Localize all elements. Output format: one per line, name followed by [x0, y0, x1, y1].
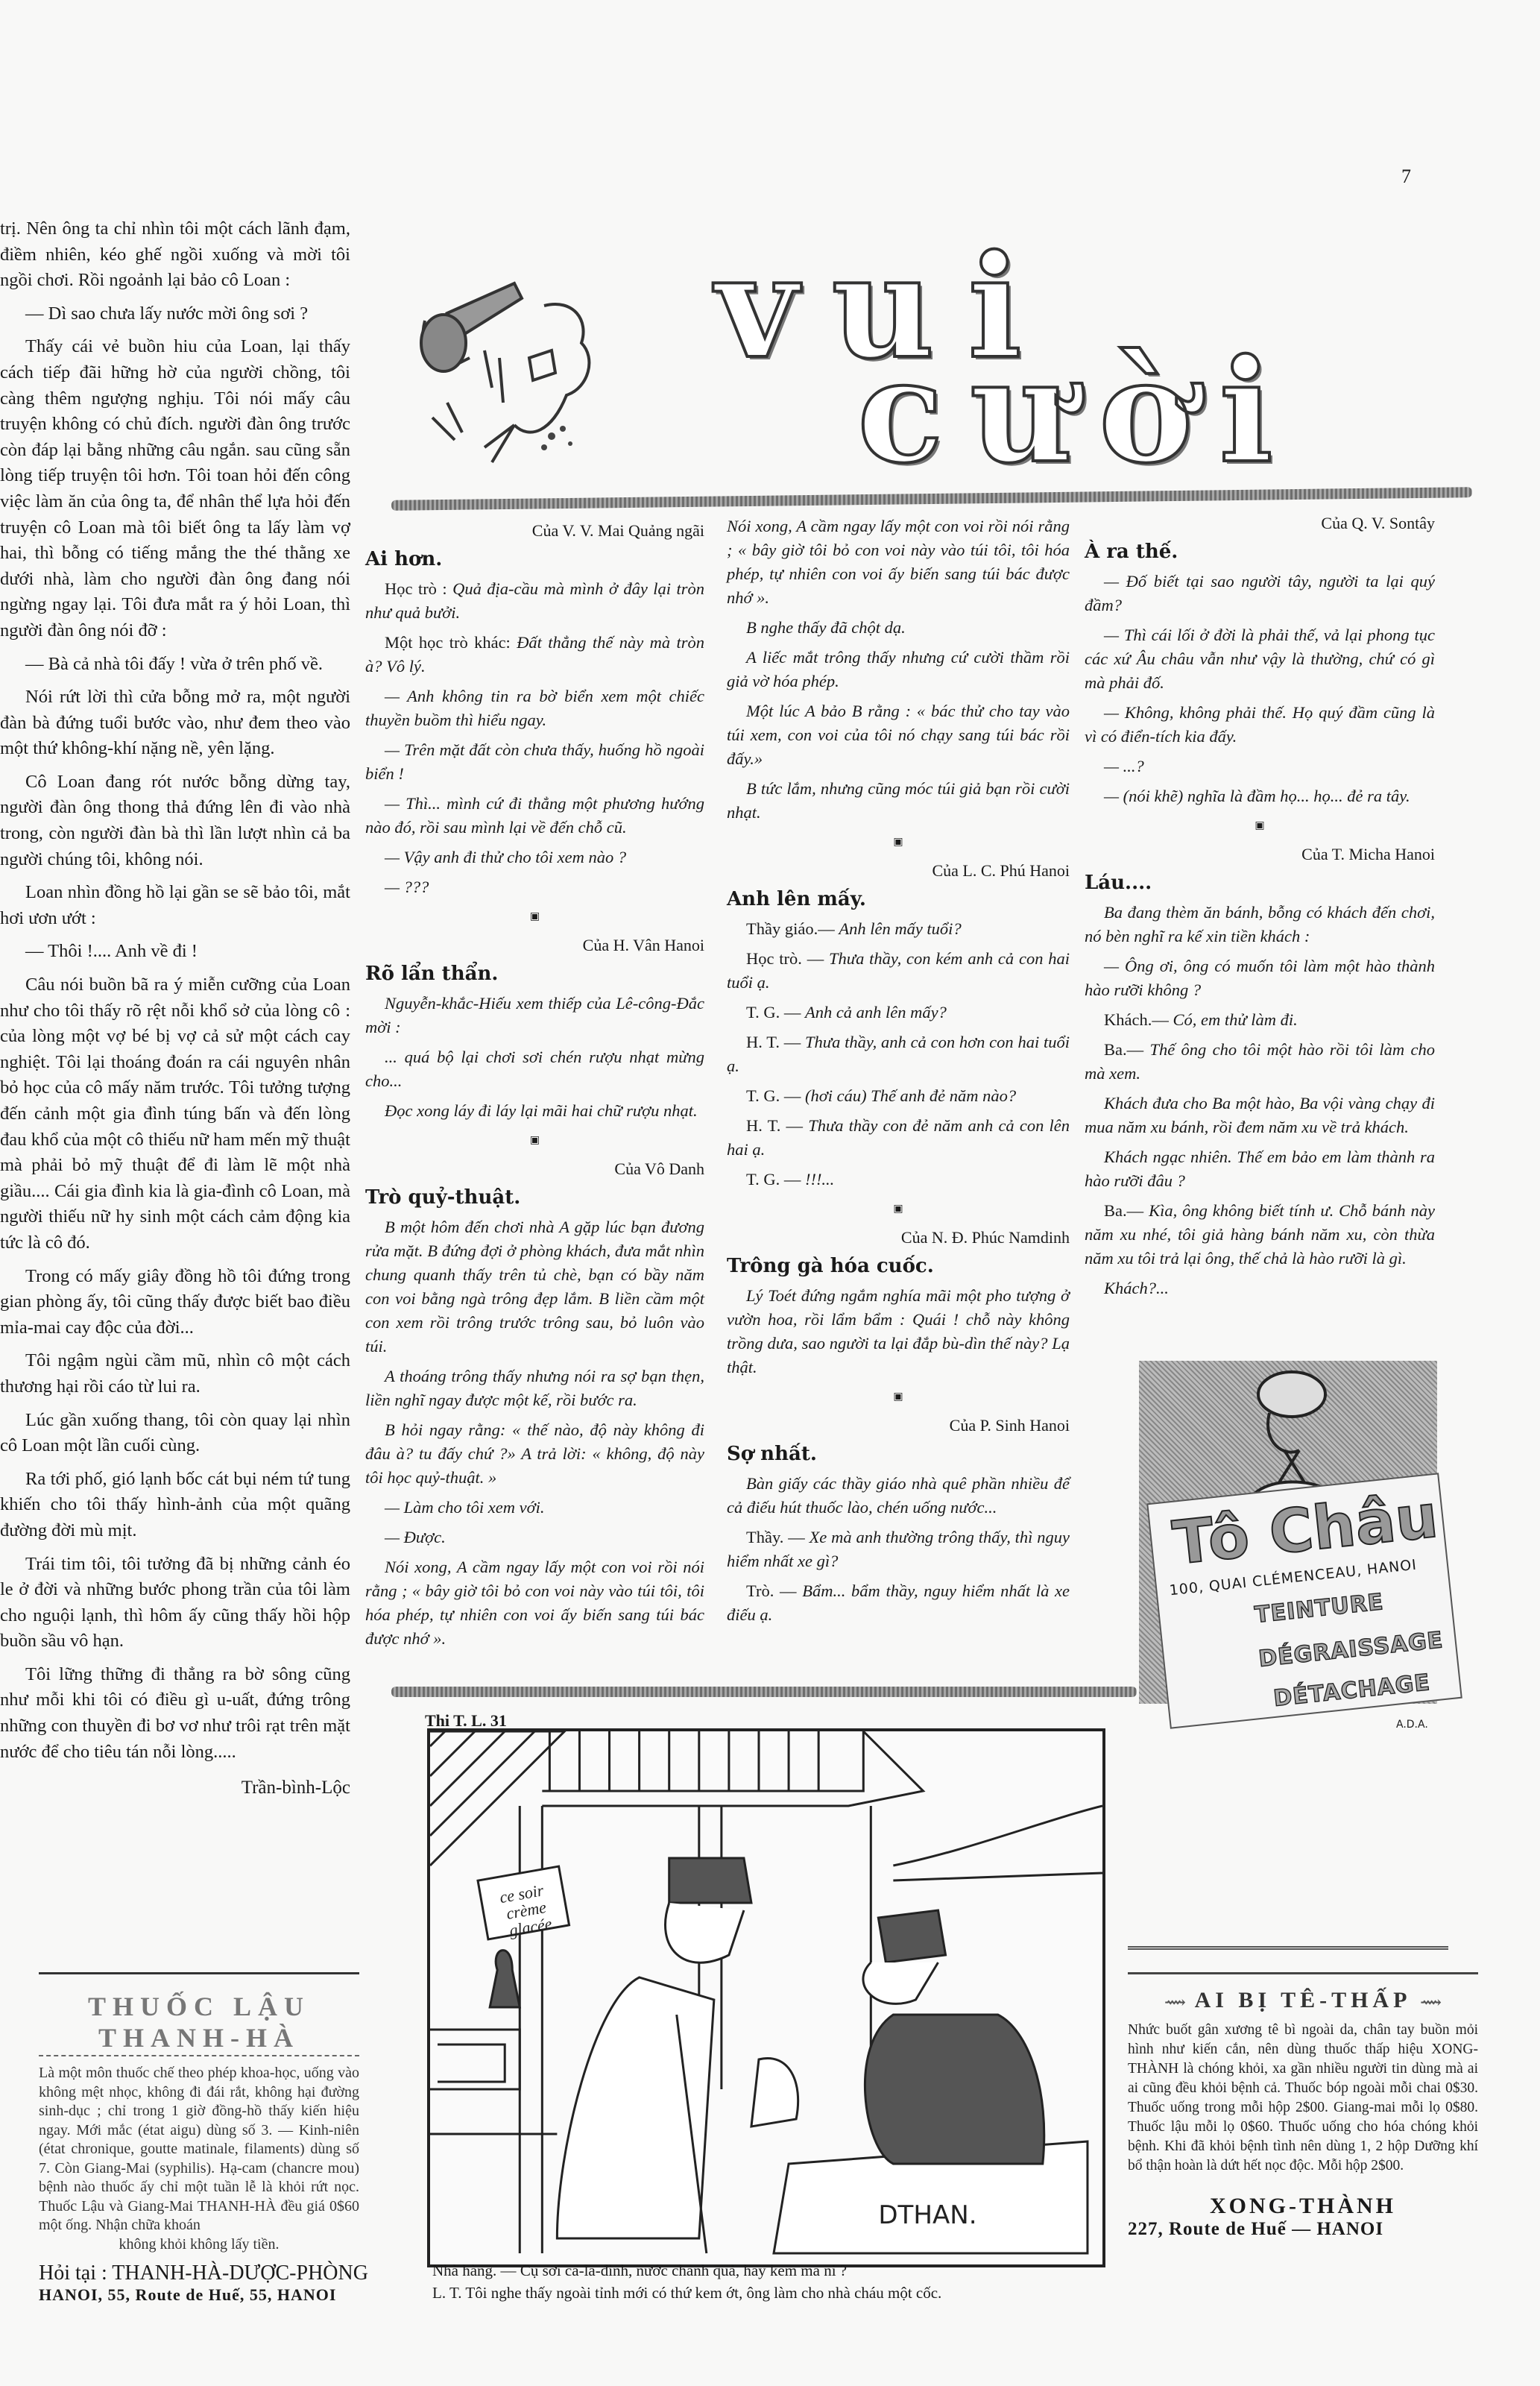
joke-text: Khách?...	[1104, 1279, 1169, 1297]
joke-author: Của T. Micha Hanoi	[1085, 843, 1435, 866]
joke-text: Anh lên mấy tuổi?	[839, 919, 961, 938]
joke-line: Thầy. — Xe mà anh thường trông thấy, thì…	[727, 1526, 1070, 1573]
joke-text: B hỏi ngay rằng: « thế nào, độ này không…	[365, 1420, 704, 1487]
caption-text: Cụ sơi ca-la-đinh, nước chanh quả, hay k…	[520, 2261, 847, 2279]
divider	[39, 1972, 359, 1974]
joke-line: T. G. — Anh cả anh lên mấy?	[727, 1001, 1070, 1024]
ad-signature: A.D.A.	[1396, 1719, 1428, 1731]
joke-text: Anh cả anh lên mấy?	[805, 1003, 947, 1022]
section-title-cuoi: cười	[857, 328, 1299, 494]
joke-text: — Được.	[385, 1528, 446, 1546]
joke-text: Nói xong, A cầm ngay lấy một con voi rồi…	[727, 517, 1070, 607]
jokes-column-1: Của V. V. Mai Quảng ngãiAi hơn.Học trò :…	[365, 514, 704, 1657]
laughing-face-icon	[403, 239, 648, 470]
speaker-label: Thầy. —	[746, 1528, 810, 1546]
joke-line: Thầy giáo.— Anh lên mấy tuổi?	[727, 917, 1070, 941]
ad-address-line1: Hỏi tại : THANH-HÀ-DƯỢC-PHÒNG	[39, 2261, 359, 2285]
joke-line: — Thì cái lối ở đời là phải thế, vả lại …	[1085, 623, 1435, 695]
joke-line: Ba.— Kìa, ông không biết tính ư. Chỗ bán…	[1085, 1199, 1435, 1271]
section-mark-icon: ▣	[365, 905, 704, 929]
joke-line: — Được.	[365, 1526, 704, 1549]
joke-line: Khách.— Có, em thử làm đi.	[1085, 1008, 1435, 1032]
lizard-ornament-icon: ⟿	[1164, 1995, 1186, 2011]
story-paragraph: — Dì sao chưa lấy nước mời ông sơi ?	[0, 301, 350, 327]
speaker-label: H. T. —	[746, 1033, 805, 1051]
joke-author: Của H. Vân Hanoi	[365, 934, 704, 957]
joke-line: ... quá bộ lại chơi sơi chén rượu nhạt m…	[365, 1045, 704, 1093]
joke-text: ... quá bộ lại chơi sơi chén rượu nhạt m…	[365, 1048, 704, 1090]
speaker-label: Học trò. —	[746, 949, 829, 968]
joke-line: — (nói khẽ) nghĩa là đầm họ... họ... đẻ …	[1085, 784, 1435, 808]
joke-line: H. T. — Thưa thầy con đẻ năm anh cả con …	[727, 1114, 1070, 1162]
story-paragraph: Trái tim tôi, tôi tưởng đã bị những cảnh…	[0, 1552, 350, 1655]
joke-line: T. G. — (hơi cáu) Thế anh đẻ năm nào?	[727, 1084, 1070, 1108]
ad-xong-thanh: ⟿ AI BỊ TÊ-THẤP ⟿ Nhức buốt gân xương tê…	[1128, 1972, 1478, 2240]
joke-text: — Vậy anh đi thử cho tôi xem nào ?	[385, 848, 626, 866]
joke-line: Lý Toét đứng ngắm nghía mãi một pho tượn…	[727, 1284, 1070, 1379]
section-mark-icon: ▣	[727, 1385, 1070, 1409]
story-paragraph: trị. Nên ông ta chỉ nhìn tôi một cách lã…	[0, 216, 350, 294]
joke-line: — ...?	[1085, 755, 1435, 778]
story-paragraph: Thấy cái vẻ buồn hiu của Loan, lại thấy …	[0, 334, 350, 643]
story-paragraph: Cô Loan đang rót nước bỗng dừng tay, ngư…	[0, 769, 350, 872]
joke-line: — Trên mặt đất còn chưa thấy, huống hồ n…	[365, 738, 704, 786]
jokes-column-3: Của Q. V. SontâyÀ ra thế.— Đố biết tại s…	[1085, 507, 1435, 1306]
lizard-ornament-icon: ⟿	[1420, 1995, 1442, 2011]
ad-brand: XONG-THÀNH	[1128, 2194, 1478, 2219]
joke-title: À ra thế.	[1085, 540, 1435, 564]
joke-text: — Thì... mình cứ đi thẳng một phương hướ…	[365, 794, 704, 837]
joke-text: Lý Toét đứng ngắm nghía mãi một pho tượn…	[727, 1286, 1070, 1376]
joke-line: Khách đưa cho Ba một hào, Ba vội vàng ch…	[1085, 1092, 1435, 1139]
story-paragraph: Loan nhìn đồng hồ lại gần se sẽ bảo tôi,…	[0, 880, 350, 931]
section-mark-icon: ▣	[727, 1197, 1070, 1221]
ad-to-chau: Tô Châu 100, QUAI CLÉMENCEAU, HANOI TEIN…	[1128, 1338, 1441, 1980]
joke-text: — Ông ơi, ông có muốn tôi làm một hào th…	[1085, 957, 1435, 999]
speaker-label: Trò. —	[746, 1581, 802, 1600]
ad-thuoc-lau-thanh-ha: THUỐC LẬU THANH-HÀ Là một môn thuốc chế …	[39, 1972, 359, 2305]
joke-line: B một hôm đến chơi nhà A gặp lúc bạn đươ…	[365, 1215, 704, 1359]
speaker-label: L. T.	[432, 2284, 465, 2302]
joke-text: — Trên mặt đất còn chưa thấy, huống hồ n…	[365, 740, 704, 783]
joke-line: — Thì... mình cứ đi thẳng một phương hướ…	[365, 792, 704, 840]
divider	[39, 2055, 359, 2056]
speaker-label: T. G. —	[746, 1003, 805, 1022]
ad-address: 227, Route de Huế — HANOI	[1128, 2219, 1478, 2240]
story-paragraph: Nói rứt lời thì cửa bỗng mở ra, một ngườ…	[0, 684, 350, 762]
speaker-label: T. G. —	[746, 1170, 805, 1189]
joke-title: Sợ nhất.	[727, 1442, 1070, 1466]
cartoon-illustration: ce soir crème glacée DTHAN.	[427, 1728, 1105, 2267]
joke-text: B tức lắm, nhưng cũng móc túi giả bạn rồ…	[727, 779, 1070, 822]
cartoon-caption: Nhà hàng. — Cụ sơi ca-la-đinh, nước chan…	[403, 2259, 1118, 2304]
joke-line: Khách ngạc nhiên. Thế em bảo em làm thàn…	[1085, 1145, 1435, 1193]
story-paragraph: Ra tới phố, gió lạnh bốc cát bụi ném tứ …	[0, 1467, 350, 1544]
joke-line: — ???	[365, 875, 704, 899]
joke-text: Khách đưa cho Ba một hào, Ba vội vàng ch…	[1085, 1094, 1435, 1136]
joke-text: A thoáng trông thấy nhưng nói ra sợ bạn …	[365, 1367, 704, 1409]
joke-line: Ba.— Thế ông cho tôi một hào rồi tôi làm…	[1085, 1038, 1435, 1086]
joke-text: Ba đang thèm ăn bánh, bỗng có khách đến …	[1085, 903, 1435, 945]
joke-author: Của L. C. Phú Hanoi	[727, 859, 1070, 883]
joke-line: T. G. — !!!...	[727, 1168, 1070, 1192]
divider	[1128, 1946, 1448, 1950]
ad-guarantee: không khỏi không lấy tiền.	[39, 2235, 359, 2255]
story-paragraph: Trong có mấy giây đồng hồ tôi đứng trong…	[0, 1264, 350, 1341]
speaker-label: Học trò :	[385, 579, 452, 598]
joke-title: Anh lên mấy.	[727, 887, 1070, 911]
joke-text: — Thì cái lối ở đời là phải thế, vả lại …	[1085, 626, 1435, 692]
joke-line: Nói xong, A cầm ngay lấy một con voi rồi…	[727, 514, 1070, 610]
joke-author: Của Q. V. Sontây	[1085, 511, 1435, 535]
joke-author: Của Vô Danh	[365, 1157, 704, 1181]
joke-title: Trông gà hóa cuốc.	[727, 1254, 1070, 1278]
joke-text: Khách ngạc nhiên. Thế em bảo em làm thàn…	[1085, 1148, 1435, 1190]
joke-text: Có, em thử làm đi.	[1173, 1010, 1297, 1029]
joke-line: Khách?...	[1085, 1277, 1435, 1300]
story-signature: Trần-bình-Lộc	[0, 1775, 350, 1801]
joke-line: Một học trò khác: Đất thẳng thế này mà t…	[365, 631, 704, 679]
joke-text: !!!...	[805, 1170, 834, 1189]
caption-text: Tôi nghe thấy ngoài tỉnh mới có thứ kem …	[465, 2284, 941, 2302]
joke-line: Nói xong, A cầm ngay lấy một con voi rồi…	[365, 1555, 704, 1651]
joke-text: Bàn giấy các thầy giáo nhà quê phần nhiề…	[727, 1474, 1070, 1517]
caption-line: Nhà hàng. — Cụ sơi ca-la-đinh, nước chan…	[403, 2259, 1118, 2282]
speaker-label: Khách.—	[1104, 1010, 1173, 1029]
speaker-label: Một học trò khác:	[385, 633, 517, 652]
joke-line: — Ông ơi, ông có muốn tôi làm một hào th…	[1085, 954, 1435, 1002]
joke-text: (hơi cáu) Thế anh đẻ năm nào?	[805, 1086, 1016, 1105]
joke-line: A liếc mắt trông thấy nhưng cứ cười thầm…	[727, 646, 1070, 693]
ad-title: THUỐC LẬU THANH-HÀ	[39, 1991, 359, 2053]
story-paragraph: — Thôi !.... Anh về đi !	[0, 939, 350, 965]
joke-text: A liếc mắt trông thấy nhưng cứ cười thầm…	[727, 648, 1070, 690]
joke-line: B nghe thấy đã chột dạ.	[727, 616, 1070, 640]
joke-line: Một lúc A bảo B rằng : « bác thử cho tay…	[727, 699, 1070, 771]
joke-line: — Anh không tin ra bờ biển xem một chiếc…	[365, 684, 704, 732]
story-paragraph: Tôi ngậm ngùi cầm mũ, nhìn cô một cách t…	[0, 1348, 350, 1400]
ad-address-line2: HANOI, 55, Route de Huế, 55, HANOI	[39, 2285, 359, 2305]
ad-body: Nhức buốt gân xương tê bì ngoài da, chân…	[1128, 2021, 1478, 2176]
joke-text: Nguyễn-khắc-Hiếu xem thiếp của Lê-công-Đ…	[365, 994, 704, 1036]
section-mark-icon: ▣	[365, 1129, 704, 1153]
joke-author: Của P. Sinh Hanoi	[727, 1414, 1070, 1438]
joke-text: — Anh không tin ra bờ biển xem một chiếc…	[365, 687, 704, 729]
caption-line: L. T. Tôi nghe thấy ngoài tỉnh mới có th…	[403, 2282, 1118, 2304]
joke-line: Ba đang thèm ăn bánh, bỗng có khách đến …	[1085, 901, 1435, 948]
cartoon-artist-signature: DTHAN.	[878, 2200, 976, 2230]
speaker-label: T. G. —	[746, 1086, 805, 1105]
joke-line: Học trò. — Thưa thầy, con kém anh cả con…	[727, 947, 1070, 995]
story-column: trị. Nên ông ta chỉ nhìn tôi một cách lã…	[0, 216, 350, 1809]
jokes-column-2: Nói xong, A cầm ngay lấy một con voi rồi…	[727, 514, 1070, 1633]
joke-title: Trò quỷ-thuật.	[365, 1186, 704, 1209]
joke-author: Của N. Đ. Phúc Namdinh	[727, 1226, 1070, 1250]
joke-text: B nghe thấy đã chột dạ.	[746, 618, 906, 637]
joke-text: — (nói khẽ) nghĩa là đầm họ... họ... đẻ …	[1104, 787, 1410, 805]
page-number: 7	[1401, 166, 1411, 188]
joke-line: Học trò : Quả địa-cầu mà mình ở đây lại …	[365, 577, 704, 625]
joke-line: B tức lắm, nhưng cũng móc túi giả bạn rồ…	[727, 777, 1070, 825]
joke-line: H. T. — Thưa thầy, anh cả con hơn con ha…	[727, 1030, 1070, 1078]
joke-line: A thoáng trông thấy nhưng nói ra sợ bạn …	[365, 1364, 704, 1412]
story-paragraph: Câu nói buồn bã ra ý miễn cưỡng của Loan…	[0, 972, 350, 1256]
joke-title: Ai hơn.	[365, 547, 704, 571]
section-mark-icon: ▣	[727, 831, 1070, 854]
joke-text: Nói xong, A cầm ngay lấy một con voi rồi…	[365, 1558, 704, 1648]
joke-title: Rõ lẩn thẩn.	[365, 962, 704, 986]
joke-line: — Không, không phải thế. Họ quý đầm cũng…	[1085, 701, 1435, 749]
joke-text: — ???	[385, 878, 429, 896]
joke-line: Trò. — Bẩm... bẩm thầy, nguy hiểm nhất l…	[727, 1579, 1070, 1627]
joke-line: Nguyễn-khắc-Hiếu xem thiếp của Lê-công-Đ…	[365, 992, 704, 1039]
story-paragraph: Tôi lững thững đi thẳng ra bờ sông cũng …	[0, 1662, 350, 1765]
joke-line: — Làm cho tôi xem với.	[365, 1496, 704, 1520]
joke-text: Một lúc A bảo B rằng : « bác thử cho tay…	[727, 702, 1070, 768]
divider	[1128, 1972, 1478, 1974]
joke-line: — Đố biết tại sao người tây, người ta lạ…	[1085, 570, 1435, 617]
speaker-label: Thầy giáo.—	[746, 919, 839, 938]
ad-title: ⟿ AI BỊ TÊ-THẤP ⟿	[1128, 1988, 1478, 2013]
section-mark-icon: ▣	[1085, 814, 1435, 838]
joke-text: — Không, không phải thế. Họ quý đầm cũng…	[1085, 703, 1435, 746]
joke-title: Láu....	[1085, 871, 1435, 895]
joke-line: Đọc xong láy đi láy lại mãi hai chữ rượu…	[365, 1099, 704, 1123]
joke-text: B một hôm đến chơi nhà A gặp lúc bạn đươ…	[365, 1218, 704, 1356]
speaker-label: Ba.—	[1104, 1201, 1149, 1220]
joke-text: — Đố biết tại sao người tây, người ta lạ…	[1085, 572, 1435, 614]
story-paragraph: — Bà cả nhà tôi đấy ! vừa ở trên phố về.	[0, 652, 350, 678]
ad-body: Là một môn thuốc chế theo phép khoa-học,…	[39, 2064, 359, 2235]
joke-line: B hỏi ngay rằng: « thế nào, độ này không…	[365, 1418, 704, 1490]
speaker-label: H. T. —	[746, 1116, 808, 1135]
joke-text: — Làm cho tôi xem với.	[385, 1498, 544, 1517]
speaker-label: Nhà hàng. —	[432, 2261, 520, 2279]
story-paragraph: Lúc gần xuống thang, tôi còn quay lại nh…	[0, 1408, 350, 1459]
joke-line: Bàn giấy các thầy giáo nhà quê phần nhiề…	[727, 1472, 1070, 1520]
decorative-divider	[391, 1687, 1137, 1697]
joke-text: Đọc xong láy đi láy lại mãi hai chữ rượu…	[385, 1101, 698, 1120]
speaker-label: Ba.—	[1104, 1040, 1149, 1059]
joke-text: — ...?	[1104, 757, 1144, 775]
joke-line: — Vậy anh đi thử cho tôi xem nào ?	[365, 846, 704, 869]
joke-author: Của V. V. Mai Quảng ngãi	[365, 519, 704, 543]
